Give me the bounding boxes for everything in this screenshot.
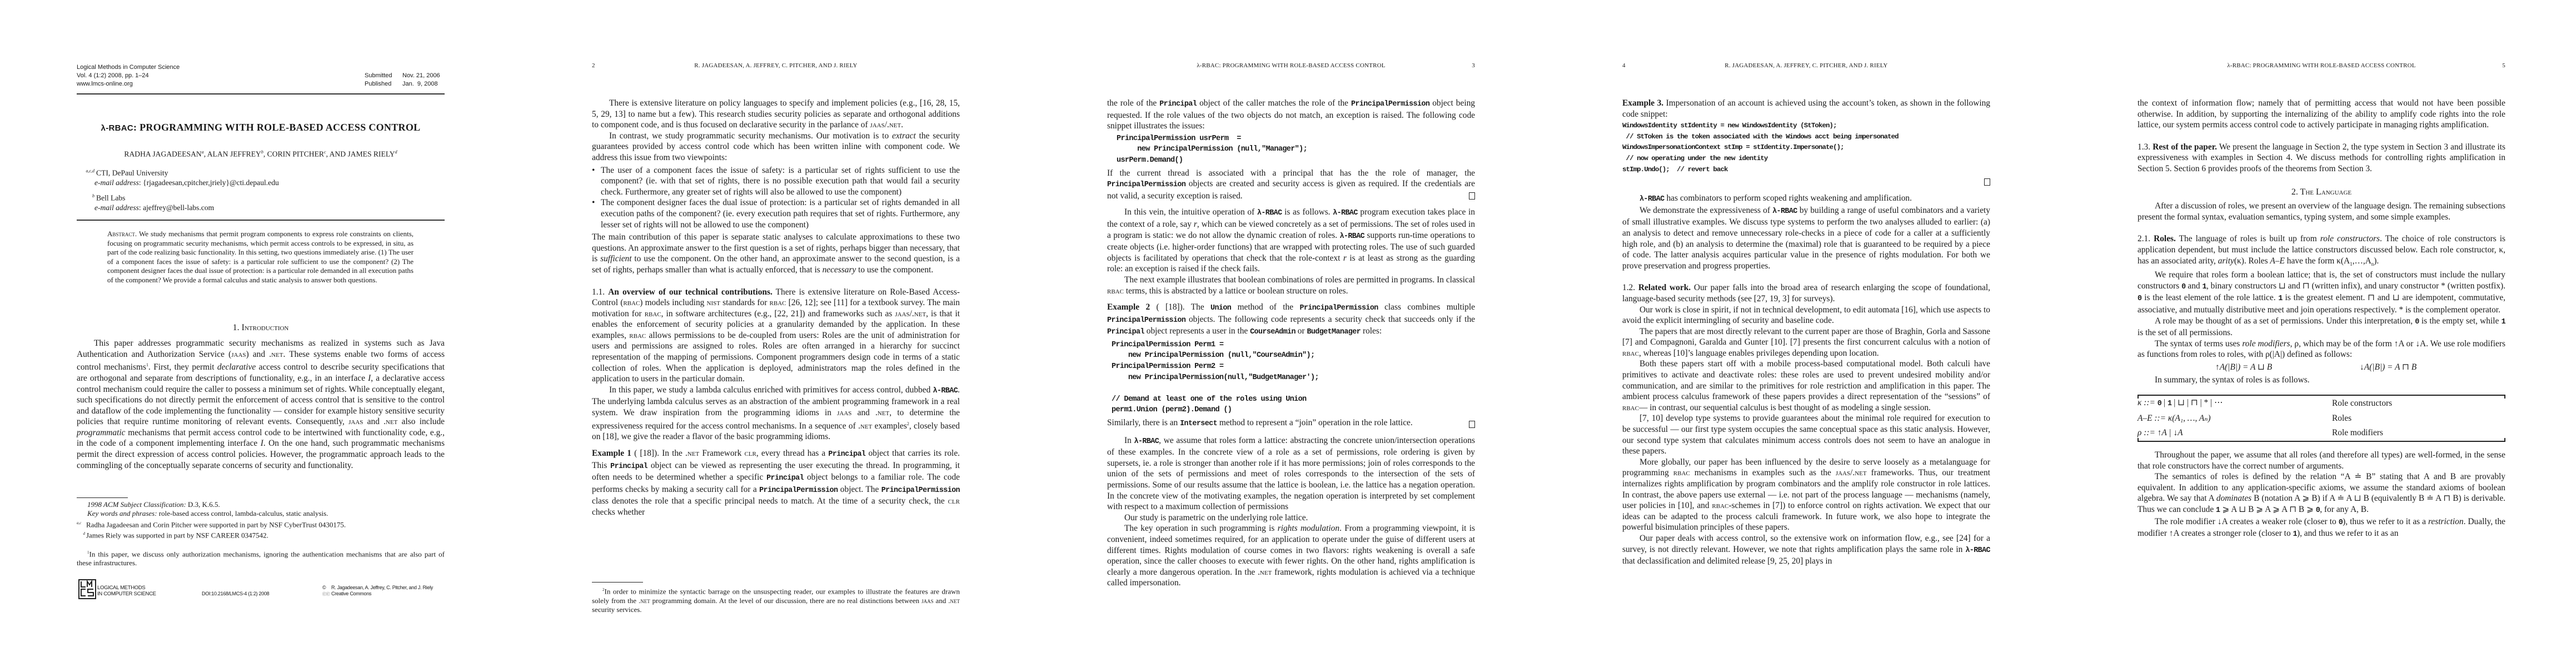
paragraph: The role modifier ↓A creates a weaker ro… — [2137, 516, 2505, 540]
bullet-icon: • — [592, 165, 595, 176]
paragraph: In contrast, we study programmatic secur… — [592, 131, 960, 163]
page-number: 5 — [2502, 62, 2505, 69]
paragraph: the context of information flow; namely … — [2137, 98, 2505, 131]
journal-url[interactable]: www.lmcs-online.org — [77, 80, 180, 88]
abstract-label: Abstract. — [107, 230, 137, 238]
paragraph: We require that roles form a boolean lat… — [2137, 270, 2505, 315]
subsection-2-1: 2.1. Roles. The language of roles is bui… — [2137, 233, 2505, 270]
paragraph: The syntax of terms uses role modifiers,… — [2137, 339, 2505, 360]
running-head-title: λ-RBAC: PROGRAMMING WITH ROLE-BASED ACCE… — [1107, 62, 1475, 69]
subsection-title: Related work. — [1638, 283, 1691, 292]
published-date: Jan. 9, 2008 — [402, 81, 438, 87]
abstract-top-rule — [77, 220, 445, 221]
paragraph: More globally, our paper has been influe… — [1622, 457, 1990, 533]
example-3: Example 3. Impersonation of an account i… — [1622, 98, 1990, 120]
grammar-description: Roles — [2332, 411, 2505, 426]
intro-body: This paper addresses programmatic securi… — [77, 338, 445, 471]
lmcs-glyph-icon — [79, 580, 95, 598]
author: RADHA JAGADEESAN — [124, 150, 201, 158]
subsection-1-3: 1.3. Rest of the paper. We present the l… — [2137, 142, 2505, 175]
running-head: λ-RBAC: PROGRAMMING WITH ROLE-BASED ACCE… — [1107, 62, 1475, 71]
affiliation-name: Bell Labs — [96, 194, 125, 202]
affiliation-a: a,c,dCTI, DePaul University e-mail addre… — [77, 166, 279, 187]
page-5: λ-RBAC: PROGRAMMING WITH ROLE-BASED ACCE… — [2061, 0, 2576, 667]
journal-info: Logical Methods in Computer Science Vol.… — [77, 63, 180, 88]
qed-icon — [1469, 192, 1475, 200]
grammar-row: A–E ::= κ(A₁, …, Aₙ) Roles — [2137, 411, 2505, 426]
equation-down: ↓A(|B|) = A ⊓ B — [2360, 362, 2416, 373]
page-2: 2 R. JAGADEESAN, A. JEFFREY, C. PITCHER,… — [515, 0, 1030, 667]
running-head: 4 R. JAGADEESAN, A. JEFFREY, C. PITCHER,… — [1622, 62, 1990, 71]
abstract-text: We study mechanisms that permit program … — [107, 230, 413, 284]
author: CORIN PITCHER — [267, 150, 324, 158]
paragraph: Throughout the paper, we assume that all… — [2137, 450, 2505, 471]
page-4: 4 R. JAGADEESAN, A. JEFFREY, C. PITCHER,… — [1546, 0, 2061, 667]
paragraph: This paper addresses programmatic securi… — [77, 338, 445, 471]
code-snippet-3: WindowsIdentity stIdentity = new Windows… — [1622, 121, 1990, 175]
page-4-body: Example 3. Impersonation of an account i… — [1622, 98, 1990, 567]
affiliation-name: CTI, DePaul University — [96, 169, 168, 177]
bullet-icon: • — [592, 197, 595, 208]
paragraph: [7, 10] develop type systems to provide … — [1622, 413, 1990, 456]
paragraph: A role may be thought of as a set of per… — [2137, 316, 2505, 339]
running-head-authors: R. JAGADEESAN, A. JEFFREY, C. PITCHER, A… — [592, 62, 960, 69]
grammar-row: ρ ::= ↑A | ↓A Role modifiers — [2137, 426, 2505, 441]
author: ALAN JEFFREY — [207, 150, 261, 158]
paragraph: In this paper, we study a lambda calculu… — [592, 385, 960, 442]
page-1: Logical Methods in Computer Science Vol.… — [0, 0, 515, 667]
running-head: λ-RBAC: PROGRAMMING WITH ROLE-BASED ACCE… — [2137, 62, 2505, 71]
list-item: •The component designer faces the dual i… — [601, 197, 960, 230]
footnotes: 1998 ACM Subject Classification: D.3, K.… — [77, 500, 445, 568]
journal-volume: Vol. 4 (1:2) 2008, pp. 1–24 — [77, 72, 180, 80]
paragraph: The main contribution of this paper is s… — [592, 232, 960, 275]
paragraph: After a discussion of roles, we present … — [2137, 201, 2505, 222]
code-snippet-1: PrincipalPermission usrPerm = new Princi… — [1117, 133, 1475, 166]
paragraph: Both these papers start off with a mobil… — [1622, 359, 1990, 413]
paragraph: the role of the Principal object of the … — [1107, 98, 1475, 132]
paragraph: In summary, the syntax of roles is as fo… — [2137, 375, 2505, 386]
page-3-body: the role of the Principal object of the … — [1107, 98, 1475, 589]
paragraph: Our paper deals with access control, so … — [1622, 533, 1990, 567]
doi[interactable]: DOI:10.2168/LMCS-4 (1:2) 2008 — [202, 591, 269, 596]
subsection-1-1: 1.1. An overview of our technical contri… — [592, 287, 960, 385]
section-heading-language: 2. The Language — [2137, 187, 2505, 198]
paragraph: There is extensive literature on policy … — [592, 98, 960, 131]
copyright-icon: © — [322, 585, 331, 591]
footnote-1: 1In this paper, we discuss only authoriz… — [77, 548, 445, 568]
grammar-description: Role constructors — [2332, 396, 2505, 411]
lmcs-logo-icon — [78, 579, 96, 599]
section-heading-introduction: 1. Introduction — [77, 323, 445, 333]
code-snippet-2: PrincipalPermission Perm1 = new Principa… — [1112, 340, 1475, 416]
submission-dates: SubmittedNov. 21, 2006 PublishedJan. 9, … — [365, 72, 440, 88]
paragraph: In this vein, the intuitive operation of… — [1107, 207, 1475, 275]
affiliation-b: bBell Labs e-mail address: ajeffrey@bell… — [77, 191, 214, 212]
modifier-equations: ↑A(|B|) = A ⊔ B ↓A(|B|) = A ⊓ B — [2137, 360, 2505, 375]
lmcs-logo-text: LOGICAL METHODS IN COMPUTER SCIENCE — [97, 585, 156, 597]
submitted-date: Nov. 21, 2006 — [402, 72, 440, 79]
running-head-authors: R. JAGADEESAN, A. JEFFREY, C. PITCHER, A… — [1622, 62, 1990, 69]
footnote-2: 2In order to minimize the syntactic barr… — [592, 585, 960, 614]
paragraph: In λ-RBAC, we assume that roles form a l… — [1107, 435, 1475, 512]
abstract: Abstract. We study mechanisms that permi… — [107, 230, 413, 285]
author-list: RADHA JAGADEESANa, ALAN JEFFREYb, CORIN … — [77, 150, 445, 159]
paragraph: The key operation in such programming is… — [1107, 523, 1475, 589]
grammar-row: κ ::= 0 | 1 | ⊔ | ⊓ | * | ⋯ Role constru… — [2137, 396, 2505, 411]
copyright-block: ©R. Jagadeesan, A. Jeffrey, C. Pitcher, … — [322, 585, 433, 598]
example-1: Example 1 ( [18]). In the .net Framework… — [592, 448, 960, 518]
subsection-title: An overview of our technical contributio… — [608, 287, 773, 297]
qed-icon — [1469, 421, 1475, 428]
role-grammar-table: κ ::= 0 | 1 | ⊔ | ⊓ | * | ⋯ Role constru… — [2137, 395, 2505, 442]
paragraph: Our study is parametric on the underlyin… — [1107, 512, 1475, 524]
paragraph: Similarly, there is an Intersect method … — [1107, 417, 1475, 430]
journal-name: Logical Methods in Computer Science — [77, 63, 180, 72]
footnote-rule — [77, 497, 128, 498]
submitted-label: Submitted — [365, 72, 402, 80]
paragraph: Our work is close in spirit, if not in t… — [1622, 305, 1990, 326]
example-2: Example 2 ( [18]). The Union method of t… — [1107, 302, 1475, 338]
running-head: 2 R. JAGADEESAN, A. JEFFREY, C. PITCHER,… — [592, 62, 960, 71]
paragraph: The next example illustrates that boolea… — [1107, 275, 1475, 296]
page-2-body: There is extensive literature on policy … — [592, 98, 960, 518]
viewpoint-list: •The user of a component faces the issue… — [592, 165, 960, 231]
header-rule — [77, 93, 445, 94]
page-3: λ-RBAC: PROGRAMMING WITH ROLE-BASED ACCE… — [1030, 0, 1546, 667]
paragraph: λ-RBAC has combinators to perform scoped… — [1622, 193, 1990, 205]
subsection-title: Roles. — [2154, 234, 2176, 243]
subsection-1-2: 1.2. Related work. Our paper falls into … — [1622, 282, 1990, 304]
published-label: Published — [365, 80, 402, 88]
paragraph: If the current thread is associated with… — [1107, 168, 1475, 202]
paragraph: We demonstrate the expressiveness of λ-R… — [1622, 205, 1990, 272]
creative-commons-icon: ⓒⓒ — [322, 591, 331, 598]
author: JAMES RIELY — [347, 150, 395, 158]
qed-icon — [1984, 178, 1990, 186]
paper-title: λ-RBAC: PROGRAMMING WITH ROLE-BASED ACCE… — [77, 122, 445, 133]
subsection-title: Rest of the paper. — [2153, 142, 2217, 152]
page-number: 3 — [1472, 62, 1475, 69]
paragraph: The papers that are most directly releva… — [1622, 326, 1990, 359]
email[interactable]: ajeffrey@bell-labs.com — [143, 203, 214, 212]
running-head-title: λ-RBAC: PROGRAMMING WITH ROLE-BASED ACCE… — [2137, 62, 2505, 69]
list-item: •The user of a component faces the issue… — [601, 165, 960, 198]
email[interactable]: {rjagadeesan,cpitcher,jriely}@cti.depaul… — [143, 178, 279, 187]
grammar-description: Role modifiers — [2332, 426, 2505, 441]
footnote-rule — [592, 582, 643, 583]
paragraph: The semantics of roles is defined by the… — [2137, 471, 2505, 516]
equation-up: ↑A(|B|) = A ⊔ B — [2215, 362, 2272, 373]
page-5-body: the context of information flow; namely … — [2137, 98, 2505, 540]
